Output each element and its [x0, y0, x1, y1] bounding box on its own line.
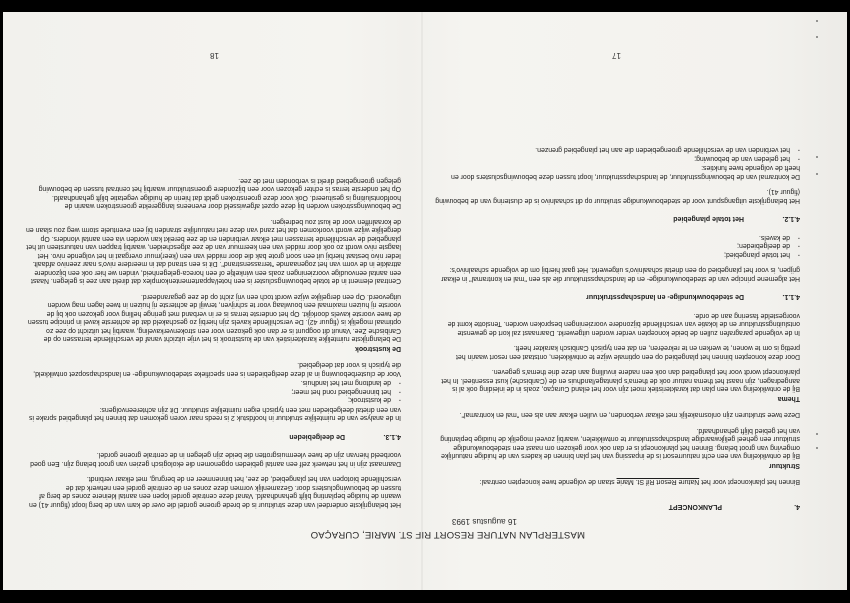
scanned-sheet: MASTERPLAN NATURE RESORT RIF ST. MARIE, …: [0, 0, 850, 603]
algemeen-paragraph: Het algemene principe van de stedebouwku…: [435, 265, 800, 282]
kuststrook-paragraph-1: De belangrijkste ruimtelijke karakterist…: [25, 292, 401, 343]
list-item: de deelgebieden;: [435, 241, 800, 250]
page-18: Het belangrijkste onderdeel van deze str…: [25, 169, 401, 509]
chapter-heading: 4. PLANKONCEPT: [435, 502, 800, 511]
funkties-list: het geleden van de bebouwing; het verbin…: [435, 145, 800, 162]
ekologisch-paragraph: Daarnaast zijn in het netwerk zelf een a…: [25, 450, 401, 467]
section-title: Het totale plangebied: [673, 214, 744, 223]
deelgebieden-list: de kuststrook; het binnengebied rond het…: [25, 378, 401, 404]
struktuur-heading: Struktuur: [435, 461, 800, 470]
section-4-1-2-heading: 4.1.2. Het totale plangebied: [435, 214, 800, 223]
intro-text: Binnen het plankoncept voor het: [699, 479, 800, 486]
chapter-title: PLANKONCEPT: [669, 502, 722, 511]
page-number-18: 18: [210, 51, 219, 60]
gordel-paragraph: Het belangrijkste onderdeel van deze str…: [25, 474, 401, 508]
list-item: het totale plangebied;: [435, 250, 800, 259]
list-item: de landtong met het landhuis.: [25, 378, 401, 387]
analyse-paragraph: In de analyse van de ruimtelijke struktu…: [25, 405, 401, 422]
document-date: 16 augustus 1993: [185, 517, 585, 526]
kontramal-paragraph: De kontramal van de bebouwingsstruktuur,…: [435, 163, 800, 180]
struktuur-paragraph-2: Deze twee strukturen zijn onlosmakelijk …: [435, 410, 800, 419]
list-item: het binnengebied rond het meer;: [25, 387, 401, 396]
paper-spread: MASTERPLAN NATURE RESORT RIF ST. MARIE, …: [3, 12, 847, 590]
struktuur-paragraph-1: Bij de ontwikkeling van een echt natuurr…: [435, 426, 800, 460]
page-17: 4. PLANKONCEPT Binnen het plankoncept vo…: [435, 138, 800, 510]
list-item: de kavels.: [435, 233, 800, 242]
document-title: MASTERPLAN NATURE RESORT RIF ST. MARIE, …: [185, 529, 585, 540]
schaalnivo-list: het totale plangebied; de deelgebieden; …: [435, 233, 800, 259]
scan-speck: [816, 447, 818, 449]
scan-speck: [816, 156, 818, 158]
page-fold-divider: [421, 12, 423, 590]
scan-speck: [816, 173, 818, 175]
kuststrook-paragraph-2: Centraal element in de totale bebouwings…: [25, 217, 401, 285]
section-4-1-1-heading: 4.1.1. De stedebouwkundige- en landschap…: [435, 292, 800, 301]
section-number: 4.1.1.: [744, 292, 800, 301]
section-number: 4.1.3.: [345, 432, 401, 441]
thema-heading: Thema: [435, 394, 800, 403]
section-title: De stedebouwkundige- en landschapsstrukt…: [586, 292, 744, 301]
page-number-17: 17: [612, 51, 621, 60]
list-item: het geleden van de bebouwing;: [435, 154, 800, 163]
section-title: De deelgebieden: [289, 432, 345, 441]
list-item: het verbinden van de verschillende groen…: [435, 145, 800, 154]
document-header: MASTERPLAN NATURE RESORT RIF ST. MARIE, …: [185, 517, 585, 540]
thema-paragraph: Bij de ontwikkeling van een plan dat kar…: [435, 367, 800, 393]
list-item: de kuststrook;: [25, 395, 401, 404]
uitgangspunt-paragraph: Het belangrijkste uitgangspunt voor de s…: [435, 187, 800, 204]
clusterbebouwing-paragraph: Voor de clusterbebouwing in al deze deel…: [25, 360, 401, 377]
bebouwingsstroken-paragraph: De bebouwingsstroken worden bij deze opz…: [25, 193, 401, 210]
scan-speck: [816, 20, 818, 22]
intro-text-end: staan de volgende twee koncepten centraa…: [480, 479, 617, 486]
section-number: 4.1.2.: [744, 214, 800, 223]
scan-speck: [816, 36, 818, 38]
resort-name-underlined: Nature Resort Rif St. Marie: [617, 479, 700, 486]
section-4-1-3-heading: 4.1.3. De deelgebieden: [25, 432, 401, 441]
resort-paragraph: Door deze koncepten binnen het plangebie…: [435, 343, 800, 360]
paragrafen-paragraph: In de volgende paragrafen zullen de beid…: [435, 311, 800, 337]
kuststrook-heading: De kuststrook: [25, 344, 401, 353]
chapter-number: 4.: [722, 502, 800, 511]
onderste-terras-paragraph: Op het onderste terras is echter gekozen…: [25, 176, 401, 193]
intro-paragraph: Binnen het plankoncept voor het Nature R…: [435, 477, 800, 486]
scan-speck: [816, 433, 818, 435]
